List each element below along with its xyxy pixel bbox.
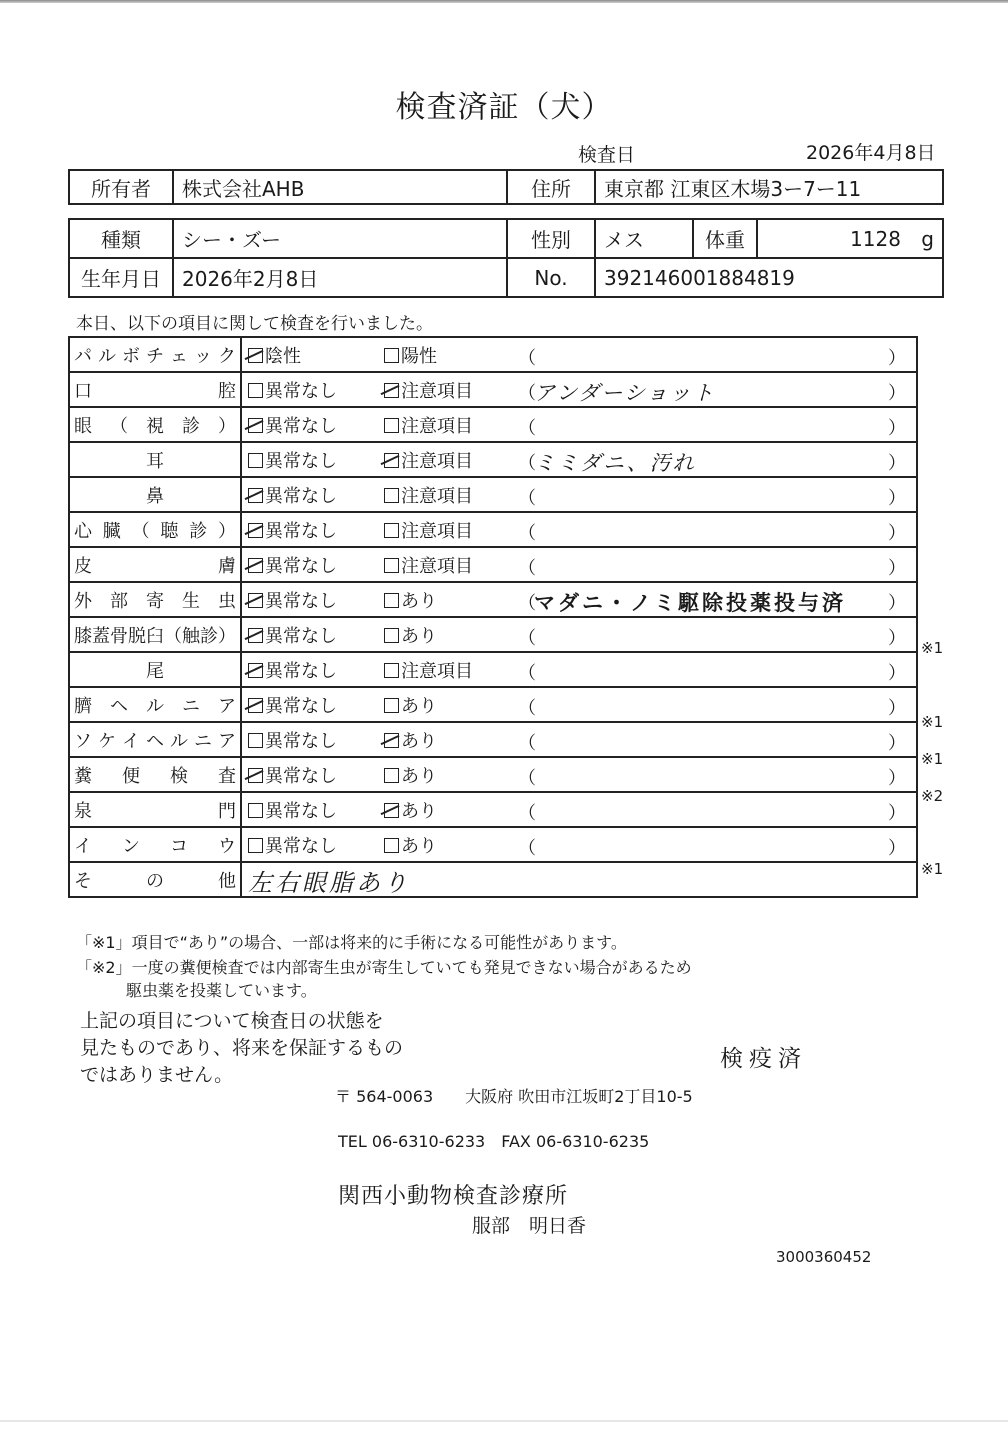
item-label-char: 寄 [146, 587, 164, 613]
item-label-char: チ [146, 342, 164, 368]
option-attention[interactable]: 注意項目 [384, 372, 512, 407]
item-label-char: 皮 [74, 552, 92, 578]
sex-value: メス [595, 219, 693, 258]
inspection-item-label: 耳 [69, 442, 241, 477]
option-normal-label: 異常なし [265, 696, 337, 717]
note-text: マダニ・ノミ駆除投薬投与済 [534, 587, 846, 617]
option-attention-label: 注意項目 [401, 381, 473, 402]
option-attention-label: あり [401, 591, 437, 612]
option-attention[interactable]: 陽性 [384, 337, 512, 372]
item-label-char: （ [132, 517, 150, 543]
paren-close: ） [888, 799, 906, 825]
option-attention[interactable]: あり [384, 617, 512, 652]
option-normal-label: 異常なし [265, 591, 337, 612]
other-note-cell: 左右眼脂あり [241, 862, 917, 897]
checkbox-icon[interactable] [384, 803, 399, 818]
inspection-row: 鼻異常なし注意項目（） [69, 477, 917, 512]
inspection-item-label: 外部寄生虫 [69, 582, 241, 617]
option-attention-label: 注意項目 [401, 556, 473, 577]
item-label-char: イ [74, 832, 92, 858]
document-title: 検査済証（犬） [0, 82, 1008, 126]
item-label-char: 診 [182, 412, 200, 438]
paren-open: （ [518, 799, 536, 825]
inspection-row: 心臓（聴診）異常なし注意項目（） [69, 512, 917, 547]
animal-table: 種類 シー・ズー 性別 メス 体重 1128 g 生年月日 2026年2月8日 … [68, 218, 944, 298]
inspection-item-label: 糞便検査 [69, 757, 241, 792]
item-label-char: 臓 [103, 517, 121, 543]
item-label-char: そ [74, 867, 92, 893]
option-normal-label: 異常なし [265, 486, 337, 507]
item-label-text: ソケイヘルニア [74, 727, 236, 753]
item-label-char: ニ [182, 692, 200, 718]
inspection-row: 口腔異常なし注意項目（アンダーショット） [69, 372, 917, 407]
checkbox-icon[interactable] [248, 453, 263, 468]
option-attention[interactable]: 注意項目 [384, 477, 512, 512]
paren-close: ） [888, 449, 906, 475]
item-label-char: 診 [189, 517, 207, 543]
item-label-char: 聴 [160, 517, 178, 543]
paren-close: ） [888, 694, 906, 720]
item-label-text: 心臓（聴診） [74, 517, 236, 543]
scan-edge-bottom [0, 1420, 1008, 1422]
item-label-char: 腔 [218, 377, 236, 403]
disclaimer-line-1: 上記の項目について検査日の状態を [80, 1008, 403, 1035]
item-label-char: ソ [74, 727, 92, 753]
footnote-2: 「※2」一度の糞便検査では内部寄生虫が寄生していても発見できない場合があるため [76, 955, 692, 978]
inspection-item-label: 泉門 [69, 792, 241, 827]
option-attention-label: あり [401, 836, 437, 857]
inspection-item-label: 鼻 [69, 477, 241, 512]
paren-open: （ [518, 519, 536, 545]
item-label-text: 耳 [74, 447, 236, 473]
disclaimer-line-2: 見たものであり、将来を保証するもの [80, 1035, 403, 1062]
paren-open: （ [518, 729, 536, 755]
item-label-char: の [146, 867, 164, 893]
checkbox-icon[interactable] [248, 383, 263, 398]
note-text: アンダーショット [534, 377, 715, 407]
paren-open: （ [518, 414, 536, 440]
inspection-note: （） [512, 652, 917, 687]
inspection-item-label: 臍ヘルニア [69, 687, 241, 722]
option-attention[interactable]: あり [384, 792, 512, 827]
item-label-char: ア [218, 692, 236, 718]
inspection-row: 尾異常なし注意項目（） [69, 652, 917, 687]
checkbox-icon[interactable] [248, 838, 263, 853]
footnote-mark: ※1 [921, 639, 943, 657]
inspection-note: （） [512, 547, 917, 582]
option-attention-label: あり [401, 696, 437, 717]
no-label: No. [507, 258, 595, 297]
item-label-char: ） [218, 517, 236, 543]
inspection-item-label: 尾 [69, 652, 241, 687]
checkbox-icon[interactable] [248, 523, 263, 538]
item-label-char: 糞 [74, 762, 92, 788]
sex-label: 性別 [507, 219, 595, 258]
item-label-char: 泉 [74, 797, 92, 823]
option-normal[interactable]: 陰性 [241, 337, 384, 372]
paren-close: ） [888, 834, 906, 860]
footnote-1: 「※1」項目で“あり”の場合、一部は将来的に手術になる可能性があります。 [76, 930, 627, 953]
paren-open: （ [518, 764, 536, 790]
item-label-text: インコウ [74, 832, 236, 858]
inspection-note: （ミミダニ、汚れ） [512, 442, 917, 477]
item-label-char: 眼 [74, 412, 92, 438]
checkbox-icon[interactable] [384, 453, 399, 468]
option-normal-label: 異常なし [265, 381, 337, 402]
inspection-note: （） [512, 757, 917, 792]
item-label-text: 口腔 [74, 377, 236, 403]
checkbox-icon[interactable] [384, 558, 399, 573]
inspection-note: （） [512, 792, 917, 827]
inspection-item-label: 皮膚 [69, 547, 241, 582]
exam-date-value: 2026年4月8日 [806, 138, 936, 165]
inspection-item-label: 眼（視診） [69, 407, 241, 442]
inspection-row: インコウ異常なしあり（） [69, 827, 917, 862]
checkbox-icon[interactable] [384, 663, 399, 678]
item-label-char: ケ [98, 727, 116, 753]
inspection-item-label: インコウ [69, 827, 241, 862]
no-value: 392146001884819 [595, 258, 943, 297]
option-normal[interactable]: 異常なし [241, 512, 384, 547]
item-label-text: 尾 [74, 657, 236, 683]
other-note: 左右眼脂あり [248, 863, 410, 898]
inspection-item-label: 口腔 [69, 372, 241, 407]
item-label-char: ン [122, 832, 140, 858]
serial-number: 3000360452 [776, 1248, 871, 1266]
option-normal-label: 異常なし [265, 521, 337, 542]
item-label-text: 泉門 [74, 797, 236, 823]
paren-close: ） [888, 344, 906, 370]
option-attention[interactable]: あり [384, 722, 512, 757]
checkbox-icon[interactable] [384, 523, 399, 538]
footnote-mark: ※1 [921, 860, 943, 878]
weight-unit: g [921, 227, 934, 251]
inspection-row: 皮膚異常なし注意項目（） [69, 547, 917, 582]
item-label-char: ニ [194, 727, 212, 753]
option-normal[interactable]: 異常なし [241, 792, 384, 827]
option-normal-label: 異常なし [265, 451, 337, 472]
quarantine-stamp: 検疫済 [720, 1040, 807, 1073]
footnote-mark: ※1 [921, 713, 943, 731]
option-attention-label: 注意項目 [401, 521, 473, 542]
footnote-mark: ※1 [921, 750, 943, 768]
option-attention-label: あり [401, 801, 437, 822]
inspection-row: 臍ヘルニア異常なしあり（） [69, 687, 917, 722]
weight-value: 1128 [850, 227, 901, 251]
inspection-note: （） [512, 407, 917, 442]
intro-text: 本日、以下の項目に関して検査を行いました。 [76, 309, 433, 334]
item-label-char: ボ [122, 342, 140, 368]
paren-close: ） [888, 554, 906, 580]
option-normal-label: 異常なし [265, 731, 337, 752]
item-label-char: ェ [170, 342, 188, 368]
inspection-note: （） [512, 512, 917, 547]
option-attention[interactable]: あり [384, 687, 512, 722]
checkbox-icon[interactable] [384, 628, 399, 643]
item-label-char: ク [218, 342, 236, 368]
item-label-char: 外 [74, 587, 92, 613]
footnote-mark: ※2 [921, 787, 943, 805]
item-label-text: パルボチェック [74, 342, 236, 368]
inspection-note: （） [512, 722, 917, 757]
inspection-row: 泉門異常なしあり（） [69, 792, 917, 827]
item-label-char: 心 [74, 517, 92, 543]
option-normal[interactable]: 異常なし [241, 652, 384, 687]
option-attention-label: あり [401, 766, 437, 787]
item-label-char: 検 [170, 762, 188, 788]
other-label-text: その他 [74, 867, 236, 893]
option-normal[interactable]: 異常なし [241, 547, 384, 582]
paren-open: （ [518, 624, 536, 650]
paren-open: （ [518, 659, 536, 685]
footnote-2-cont: 駆虫薬を投薬しています。 [126, 978, 317, 1001]
owner-table: 所有者 株式会社AHB 住所 東京都 江東区木場3ー7ー11 [68, 169, 944, 205]
option-attention-label: あり [401, 731, 437, 752]
paren-open: （ [518, 484, 536, 510]
checkbox-icon[interactable] [248, 768, 263, 783]
inspection-row: ソケイヘルニア異常なしあり（） [69, 722, 917, 757]
note-text: ミミダニ、汚れ [534, 447, 696, 477]
item-label-char: 生 [182, 587, 200, 613]
option-normal-label: 異常なし [265, 801, 337, 822]
inspection-item-label: 心臓（聴診） [69, 512, 241, 547]
option-normal-label: 異常なし [265, 626, 337, 647]
item-label-char: ） [218, 412, 236, 438]
inspection-item-label: パルボチェック [69, 337, 241, 372]
paren-close: ） [888, 659, 906, 685]
option-attention[interactable]: 注意項目 [384, 442, 512, 477]
option-attention-label: 陽性 [401, 346, 437, 367]
paren-close: ） [888, 379, 906, 405]
paren-close: ） [888, 729, 906, 755]
checkbox-icon[interactable] [384, 488, 399, 503]
checkbox-icon[interactable] [248, 803, 263, 818]
paren-close: ） [888, 624, 906, 650]
clinic-phone-fax: TEL 06-6310-6233 FAX 06-6310-6235 [338, 1129, 649, 1152]
item-label-text: 臍ヘルニア [74, 692, 236, 718]
inspection-item-label: ソケイヘルニア [69, 722, 241, 757]
inspection-note: （） [512, 687, 917, 722]
item-label-char: コ [170, 832, 188, 858]
inspection-row: 耳異常なし注意項目（ミミダニ、汚れ） [69, 442, 917, 477]
item-label-char: 査 [218, 762, 236, 788]
address-value: 東京都 江東区木場3ー7ー11 [595, 170, 943, 204]
inspection-note: （） [512, 617, 917, 652]
weight-label: 体重 [693, 219, 757, 258]
checkbox-icon[interactable] [248, 558, 263, 573]
checkbox-icon[interactable] [248, 698, 263, 713]
item-label-char: ル [170, 727, 188, 753]
option-attention-label: 注意項目 [401, 451, 473, 472]
option-normal[interactable]: 異常なし [241, 827, 384, 862]
option-normal[interactable]: 異常なし [241, 722, 384, 757]
checkbox-icon[interactable] [248, 593, 263, 608]
address-label: 住所 [507, 170, 595, 204]
checkbox-icon[interactable] [384, 733, 399, 748]
option-normal[interactable]: 異常なし [241, 687, 384, 722]
paren-open: （ [518, 834, 536, 860]
item-label-char: ル [98, 342, 116, 368]
paren-close: ） [888, 589, 906, 615]
inspection-note: （アンダーショット） [512, 372, 917, 407]
option-attention[interactable]: あり [384, 827, 512, 862]
item-label-char: （ [110, 412, 128, 438]
veterinarian-name: 服部 明日香 [472, 1211, 586, 1238]
birth-value: 2026年2月8日 [173, 258, 507, 297]
option-normal[interactable]: 異常なし [241, 372, 384, 407]
checkbox-icon[interactable] [384, 698, 399, 713]
option-normal[interactable]: 異常なし [241, 477, 384, 512]
option-attention[interactable]: あり [384, 757, 512, 792]
option-attention-label: 注意項目 [401, 486, 473, 507]
option-normal[interactable]: 異常なし [241, 582, 384, 617]
item-label-char: イ [122, 727, 140, 753]
inspection-table: パルボチェック陰性陽性（）口腔異常なし注意項目（アンダーショット）眼（視診）異常… [68, 336, 918, 898]
item-label-text: 外部寄生虫 [74, 587, 236, 613]
checkbox-icon[interactable] [384, 768, 399, 783]
checkbox-icon[interactable] [384, 383, 399, 398]
item-label-char: 便 [122, 762, 140, 788]
option-attention-label: 注意項目 [401, 661, 473, 682]
option-normal-label: 異常なし [265, 556, 337, 577]
other-label: その他 [69, 862, 241, 897]
item-label-text: 糞便検査 [74, 762, 236, 788]
option-attention[interactable]: 注意項目 [384, 652, 512, 687]
option-attention[interactable]: 注意項目 [384, 407, 512, 442]
option-normal[interactable]: 異常なし [241, 442, 384, 477]
inspection-note: （マダニ・ノミ駆除投薬投与済） [512, 582, 917, 617]
inspection-row: 糞便検査異常なしあり（） [69, 757, 917, 792]
clinic-name: 関西小動物検査診療所 [338, 1179, 568, 1210]
clinic-address: 〒 564-0063 大阪府 吹田市江坂町2丁目10-5 [335, 1084, 693, 1107]
option-normal-label: 陰性 [265, 346, 301, 367]
checkbox-icon[interactable] [248, 628, 263, 643]
inspection-row: 外部寄生虫異常なしあり（マダニ・ノミ駆除投薬投与済） [69, 582, 917, 617]
birth-label: 生年月日 [69, 258, 173, 297]
inspection-note: （） [512, 477, 917, 512]
owner-value: 株式会社AHB [173, 170, 507, 204]
breed-label: 種類 [69, 219, 173, 258]
inspection-note: （） [512, 827, 917, 862]
weight-cell: 1128 g [757, 219, 943, 258]
item-label-char: 膚 [218, 552, 236, 578]
option-attention-label: あり [401, 626, 437, 647]
item-label-text: 膝蓋骨脱臼（触診） [74, 622, 236, 648]
inspection-item-label: 膝蓋骨脱臼（触診） [69, 617, 241, 652]
paren-open: （ [518, 344, 536, 370]
option-normal-label: 異常なし [265, 661, 337, 682]
item-label-char: ル [146, 692, 164, 718]
item-label-char: 他 [218, 867, 236, 893]
checkbox-icon[interactable] [248, 488, 263, 503]
option-normal-label: 異常なし [265, 416, 337, 437]
paren-close: ） [888, 484, 906, 510]
item-label-char: ア [218, 727, 236, 753]
checkbox-icon[interactable] [248, 418, 263, 433]
paren-close: ） [888, 519, 906, 545]
inspection-row: 膝蓋骨脱臼（触診）異常なしあり（） [69, 617, 917, 652]
inspection-note: （） [512, 337, 917, 372]
disclaimer: 上記の項目について検査日の状態を 見たものであり、将来を保証するもの ではありま… [80, 1008, 403, 1089]
item-label-text: 皮膚 [74, 552, 236, 578]
checkbox-icon[interactable] [248, 348, 263, 363]
item-label-char: ヘ [146, 727, 164, 753]
option-normal-label: 異常なし [265, 836, 337, 857]
scan-edge-top [0, 0, 1008, 3]
paren-close: ） [888, 764, 906, 790]
option-normal[interactable]: 異常なし [241, 617, 384, 652]
item-label-text: 眼（視診） [74, 412, 236, 438]
checkbox-icon[interactable] [384, 348, 399, 363]
checkbox-icon[interactable] [384, 593, 399, 608]
option-attention[interactable]: 注意項目 [384, 512, 512, 547]
item-label-char: ッ [194, 342, 212, 368]
item-label-char: 門 [218, 797, 236, 823]
item-label-char: ヘ [110, 692, 128, 718]
option-attention[interactable]: あり [384, 582, 512, 617]
checkbox-icon[interactable] [384, 418, 399, 433]
option-normal-label: 異常なし [265, 766, 337, 787]
breed-value: シー・ズー [173, 219, 507, 258]
option-attention-label: 注意項目 [401, 416, 473, 437]
item-label-text: 鼻 [74, 482, 236, 508]
item-label-char: 視 [146, 412, 164, 438]
option-normal[interactable]: 異常なし [241, 407, 384, 442]
checkbox-icon[interactable] [248, 663, 263, 678]
item-label-char: パ [74, 342, 92, 368]
owner-label: 所有者 [69, 170, 173, 204]
item-label-char: 虫 [218, 587, 236, 613]
checkbox-icon[interactable] [248, 733, 263, 748]
item-label-char: 臍 [74, 692, 92, 718]
paren-open: （ [518, 694, 536, 720]
inspection-row: パルボチェック陰性陽性（） [69, 337, 917, 372]
option-normal[interactable]: 異常なし [241, 757, 384, 792]
inspection-row: 眼（視診）異常なし注意項目（） [69, 407, 917, 442]
exam-date-label: 検査日 [578, 140, 635, 167]
checkbox-icon[interactable] [384, 838, 399, 853]
paren-close: ） [888, 414, 906, 440]
item-label-char: 部 [110, 587, 128, 613]
paren-open: （ [518, 554, 536, 580]
option-attention[interactable]: 注意項目 [384, 547, 512, 582]
item-label-char: ウ [218, 832, 236, 858]
item-label-char: 口 [74, 377, 92, 403]
inspection-row-other: その他左右眼脂あり [69, 862, 917, 897]
